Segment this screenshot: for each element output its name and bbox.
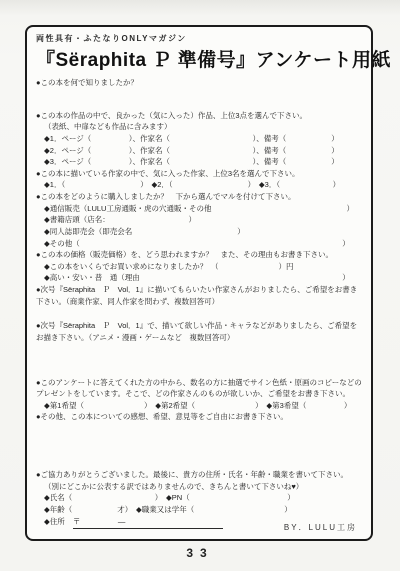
personal-info-note: （別にどこかに公表する訳ではありませんので、きちんと書いて下さいね♥） (36, 481, 362, 493)
purchase-option-other: ◆その他（ ） (36, 238, 362, 250)
purchase-option-doujin-event: ◆同人誌即売会（即売会名 ） (36, 226, 362, 238)
magazine-tagline: 両性具有・ふたなりONLYマガジン (36, 33, 362, 44)
answer-space-free-comments (36, 423, 362, 469)
present-choices-row: ◆第1希望（ ） ◆第2希望（ ） ◆第3希望（ ） (36, 400, 362, 412)
favorite-artists-row: ◆1．（ ） ◆2．（ ） ◆3．（ ） (36, 179, 362, 191)
purchase-option-bookstore: ◆書籍店頭（店名： ） (36, 214, 362, 226)
price-rating-row: ◆高い・安い・普 通（理由 ） (36, 272, 362, 284)
page-number: 33 (0, 546, 400, 560)
address-blank-line: 〒 ― (73, 516, 223, 530)
questionnaire-sheet: 両性具有・ふたなりONLYマガジン 『Sëraphita Ｐ 準備号』アンケート… (25, 25, 373, 541)
question-how-known: ●この本を何で知りましたか？ (36, 77, 362, 89)
favorite-works-row-1: ◆1．ページ（ ）、作家名（ ）、備考（ ） (36, 133, 362, 145)
personal-info-title: ●ご協力ありがとうございました。最後に、貴方の住所・氏名・年齢・職業を書いて下さ… (36, 469, 362, 481)
favorite-works-row-2: ◆2．ページ（ ）、作家名（ ）、備考（ ） (36, 145, 362, 157)
question-favorite-artists: ●この本に描いている作家の中で、気に入った作家、上位3名を選んで下さい。 (36, 168, 362, 180)
question-price-opinion: ●この本の価格（販売価格）を、どう思われますか？ また、その理由もお書き下さい。 (36, 249, 362, 261)
question-next-issue-artists: ●次号『Sëraphita Ｐ Vol．1』に描いてもらいたい作家さんがおりまし… (36, 284, 362, 307)
price-paid-row: ◆この本をいくらでお買い求めになりましたか？ （ ）円 (36, 261, 362, 273)
favorite-works-note: （表紙、中扉なども作品に含みます） (36, 121, 362, 133)
answer-space-how-known (36, 89, 362, 110)
question-favorite-works: ●この本の作品の中で、良かった（気に入った）作品、上位3点を選んで下さい。 (36, 110, 362, 122)
question-next-issue-works: ●次号『Sëraphita Ｐ Vol．1』で、描いて欲しい作品・キャラなどがあ… (36, 320, 362, 343)
answer-space-next-artists (36, 307, 362, 320)
favorite-works-row-3: ◆3．ページ（ ）、作家名（ ）、備考（ ） (36, 156, 362, 168)
personal-name-row: ◆氏名（ ） ◆PN（ ） (36, 492, 362, 504)
personal-age-job-row: ◆年齢（ 才） ◆職業又は学年（ ） (36, 504, 362, 516)
address-label: ◆住所 (44, 517, 65, 526)
question-present-lottery: ●このアンケートに答えてくれた方の中から、数名の方に抽選でサイン色紙・原画のコピ… (36, 377, 362, 400)
question-purchase-method: ●この本をどのように購入しましたか？ 下から選んでマルを付けて下さい。 (36, 191, 362, 203)
question-free-comments: ●その他、この本についての感想、希望、意見等をご自由にお書き下さい。 (36, 411, 362, 423)
publisher-credit: BY．LULU工房 (284, 522, 357, 533)
purchase-option-mail-order: ◆通信販売（LULU工房通販・虎の穴通販・その他 ） (36, 203, 362, 215)
page-title: 『Sëraphita Ｐ 準備号』アンケート用紙 (36, 45, 362, 72)
answer-space-next-works (36, 344, 362, 377)
